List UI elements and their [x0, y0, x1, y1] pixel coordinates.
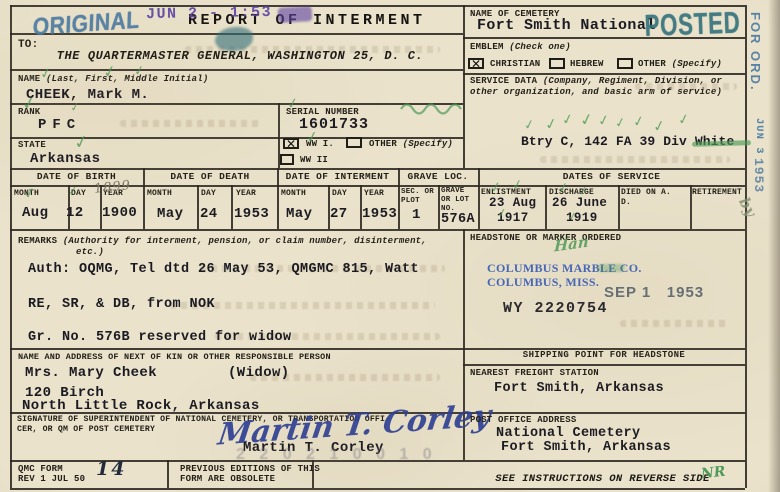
checkmark-icon — [523, 117, 537, 134]
grid-line — [10, 5, 12, 488]
ww1-checkbox — [283, 138, 299, 149]
checkmark-icon — [676, 111, 691, 129]
checkmark-icon — [133, 63, 147, 80]
grid-line — [463, 73, 745, 75]
checkmark-icon — [651, 116, 667, 136]
handwritten-form-number: 14 — [96, 458, 126, 480]
checkmark-icon — [614, 115, 628, 132]
green-initials: NR — [700, 464, 726, 482]
died-on-ad-label: DIED ON A.D. — [621, 188, 671, 207]
state-value: Arkansas — [30, 151, 100, 168]
shipping-title: SHIPPING POINT FOR HEADSTONE — [463, 351, 745, 361]
ww2-checkbox — [280, 154, 294, 165]
signature-label-2: CER, OR QM OF POST CEMETERY — [17, 425, 155, 435]
freight-station-label: NEAREST FREIGHT STATION — [470, 368, 599, 379]
purple-ink-blob — [278, 6, 313, 23]
bleed-through — [620, 320, 730, 327]
remarks-line-1: Auth: OQMG, Tel dtd 26 May 53, QMGMC 815… — [28, 262, 419, 278]
headstone-handwritten-note: Han — [554, 232, 589, 255]
dod-year: 1953 — [234, 206, 269, 223]
remarks-line-3: Gr. No. 576B reserved for widow — [28, 330, 292, 346]
grid-line — [10, 168, 745, 170]
post-office-line-2: Fort Smith, Arkansas — [501, 440, 671, 456]
dob-year-handwritten-correction: 1899 — [93, 178, 131, 197]
grave-sec-value: 1 — [412, 207, 421, 224]
retirement-label: RETIREMENT — [692, 188, 742, 198]
bleed-through — [540, 156, 730, 163]
hebrew-label: HEBREW — [570, 59, 604, 70]
bleed-through — [120, 120, 260, 127]
posted-stamp: POSTED — [644, 6, 741, 44]
addressee: THE QUARTERMASTER GENERAL, WASHINGTON 25… — [30, 49, 450, 63]
state-label: STATE — [18, 140, 46, 151]
green-smudge — [597, 264, 625, 272]
service-data-value: Btry C, 142 FA 39 Div White — [521, 134, 734, 150]
checkmark-icon — [543, 114, 559, 134]
dod-year-label: YEAR — [236, 189, 256, 199]
faint-number-stamp: 2 2 0 2 1 0 0 1 0 — [236, 446, 437, 464]
dod-day: 24 — [200, 206, 218, 223]
headstone-label: HEADSTONE OR MARKER ORDERED — [470, 233, 621, 244]
post-office-label: POST OFFICE ADDRESS — [470, 415, 576, 426]
doi-month: May — [286, 206, 312, 223]
checkmark-icon — [101, 61, 118, 82]
emblem-label: EMBLEM (Check one) — [470, 42, 571, 53]
interment-form-card: REPORT OF INTERMENT TO: THE QUARTERMASTE… — [0, 0, 780, 492]
kin-relation: (Widow) — [228, 365, 290, 382]
checkmark-icon — [557, 180, 571, 197]
war-other-label: OTHER (Specify) — [369, 139, 453, 150]
columbus-stamp-line2: COLUMBUS, MISS. — [487, 275, 599, 290]
grave-header: GRAVE LOC. — [398, 172, 478, 182]
green-scribble — [398, 99, 470, 115]
christian-checkbox — [468, 58, 484, 69]
dob-day: 12 — [66, 205, 84, 222]
kin-address-2: North Little Rock, Arkansas — [22, 398, 260, 415]
grid-line — [463, 5, 465, 168]
edge-date-month-stamp: JUN 3 — [753, 118, 765, 155]
doi-day: 27 — [330, 206, 348, 223]
grid-line — [745, 5, 747, 488]
grid-line — [10, 229, 745, 231]
dob-month: Aug — [22, 205, 48, 222]
grid-line — [10, 488, 745, 490]
dob-year: 1900 — [102, 205, 137, 222]
dod-month: May — [157, 206, 183, 223]
dod-header: DATE OF DEATH — [143, 172, 277, 182]
checkmark-icon — [285, 95, 300, 113]
grid-line — [438, 185, 440, 229]
doi-month-label: MONTH — [281, 189, 306, 199]
edge-handwriting: by — [735, 194, 760, 219]
grid-line — [10, 69, 463, 71]
struck-word: White — [695, 134, 735, 149]
checkmark-icon — [38, 65, 53, 83]
emblem-other-label: OTHER (Specify) — [638, 59, 722, 70]
checkmark-icon — [72, 131, 91, 155]
checkmark-icon — [22, 185, 37, 203]
grave-lot-value: 576A — [441, 212, 475, 228]
hebrew-checkbox — [549, 58, 565, 69]
emblem-other-checkbox — [617, 58, 633, 69]
dod-month-label: MONTH — [147, 189, 172, 199]
received-date-stamp: JUN 2 - 1:53 — [146, 4, 272, 23]
grave-lot-label: GRAVEOR LOTNO. — [441, 187, 469, 214]
cemetery-value: Fort Smith National — [477, 17, 656, 35]
doi-header: DATE OF INTERMENT — [277, 172, 398, 182]
grid-line — [167, 460, 169, 488]
grid-line — [463, 364, 745, 366]
edge-date-year-stamp: 1953 — [751, 158, 766, 193]
name-value: CHEEK, Mark M. — [26, 87, 149, 104]
doi-year-label: YEAR — [364, 189, 384, 199]
ww2-label: WW II — [300, 155, 328, 166]
christian-label: CHRISTIAN — [490, 59, 540, 70]
form-id-line-2: REV 1 JUL 50 — [18, 474, 85, 485]
grid-line — [231, 185, 233, 229]
for-ord-stamp: FOR ORD. — [748, 12, 763, 92]
scan-edge-shadow — [768, 0, 780, 492]
sep-date-stamp: SEP 1 1953 — [604, 284, 704, 301]
see-instructions: SEE INSTRUCTIONS ON REVERSE SIDE — [480, 473, 725, 485]
grid-line — [618, 185, 620, 229]
checkmark-icon — [631, 113, 646, 131]
war-other-checkbox — [346, 137, 362, 148]
rank-value: PFC — [38, 117, 81, 134]
grave-sec-label: SEC. ORPLOT — [401, 188, 434, 206]
service-data-label: SERVICE DATA (Company, Regiment, Divisio… — [470, 76, 738, 98]
checkmark-icon — [596, 112, 611, 130]
headstone-order-number: WY 2220754 — [503, 300, 608, 318]
dod-day-label: DAY — [201, 189, 216, 199]
checkmark-icon — [560, 111, 575, 129]
kin-name: Mrs. Mary Cheek — [25, 365, 157, 382]
obsolete-note-2: FORM ARE OBSOLETE — [180, 474, 275, 485]
remarks-label: REMARKS (Authority for interment, pensio… — [18, 236, 427, 258]
freight-station-value: Fort Smith, Arkansas — [494, 381, 664, 397]
checkmark-icon — [578, 109, 595, 130]
grid-line — [197, 185, 199, 229]
kin-label: NAME AND ADDRESS OF NEXT OF KIN OR OTHER… — [18, 352, 331, 362]
remarks-line-2: RE, SR, & DB, from NOK — [28, 297, 215, 313]
grid-line — [545, 185, 547, 229]
original-stamp: ORIGINAL — [32, 6, 140, 42]
doi-year: 1953 — [362, 206, 397, 223]
doi-day-label: DAY — [332, 189, 347, 199]
